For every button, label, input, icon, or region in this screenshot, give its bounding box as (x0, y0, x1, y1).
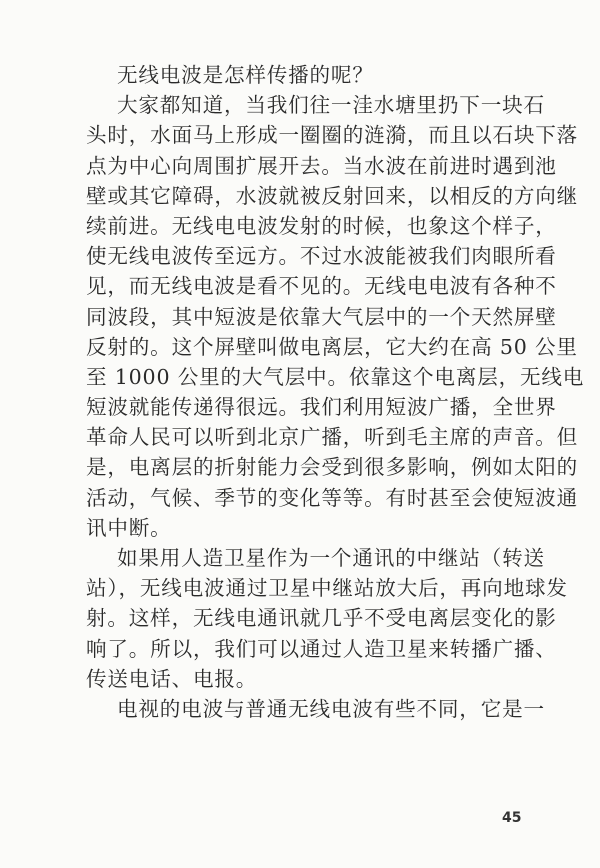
text-line: 至 1000 公里的大气层中。依靠这个电离层，无线电 (86, 362, 542, 392)
body-text: 无线电波是怎样传播的呢？ 大家都知道，当我们往一洼水塘里扔下一块石 头时，水面马… (86, 60, 542, 724)
text-line: 传送电话、电报。 (86, 664, 542, 694)
text-line: 是，电离层的折射能力会受到很多影响，例如太阳的 (86, 452, 542, 482)
text-line: 射。这样，无线电通讯就几乎不受电离层变化的影 (86, 603, 542, 633)
text-line: 点为中心向周围扩展开去。当水波在前进时遇到池 (86, 151, 542, 181)
text-line: 电视的电波与普通无线电波有些不同，它是一 (86, 694, 542, 724)
text-line: 活动，气候、季节的变化等等。有时甚至会使短波通 (86, 483, 542, 513)
text-line: 响了。所以，我们可以通过人造卫星来转播广播、 (86, 634, 542, 664)
text-line: 头时，水面马上形成一圈圈的涟漪，而且以石块下落 (86, 120, 542, 150)
section-question: 无线电波是怎样传播的呢？ (86, 60, 542, 90)
text-line: 见，而无线电波是看不见的。无线电电波有各种不 (86, 271, 542, 301)
text-line: 使无线电波传至远方。不过水波能被我们肉眼所看 (86, 241, 542, 271)
text-line: 反射的。这个屏壁叫做电离层，它大约在高 50 公里 (86, 332, 542, 362)
text-line: 讯中断。 (86, 513, 542, 543)
text-line: 壁或其它障碍，水波就被反射回来，以相反的方向继 (86, 181, 542, 211)
text-line: 大家都知道，当我们往一洼水塘里扔下一块石 (86, 90, 542, 120)
book-page: 无线电波是怎样传播的呢？ 大家都知道，当我们往一洼水塘里扔下一块石 头时，水面马… (0, 0, 600, 868)
page-number: 45 (502, 810, 521, 826)
text-line: 站），无线电波通过卫星中继站放大后，再向地球发 (86, 573, 542, 603)
text-line: 同波段，其中短波是依靠大气层中的一个天然屏壁 (86, 302, 542, 332)
text-line: 革命人民可以听到北京广播，听到毛主席的声音。但 (86, 422, 542, 452)
text-line: 短波就能传递得很远。我们利用短波广播，全世界 (86, 392, 542, 422)
text-line: 续前进。无线电电波发射的时候，也象这个样子， (86, 211, 542, 241)
text-line: 如果用人造卫星作为一个通讯的中继站（转送 (86, 543, 542, 573)
